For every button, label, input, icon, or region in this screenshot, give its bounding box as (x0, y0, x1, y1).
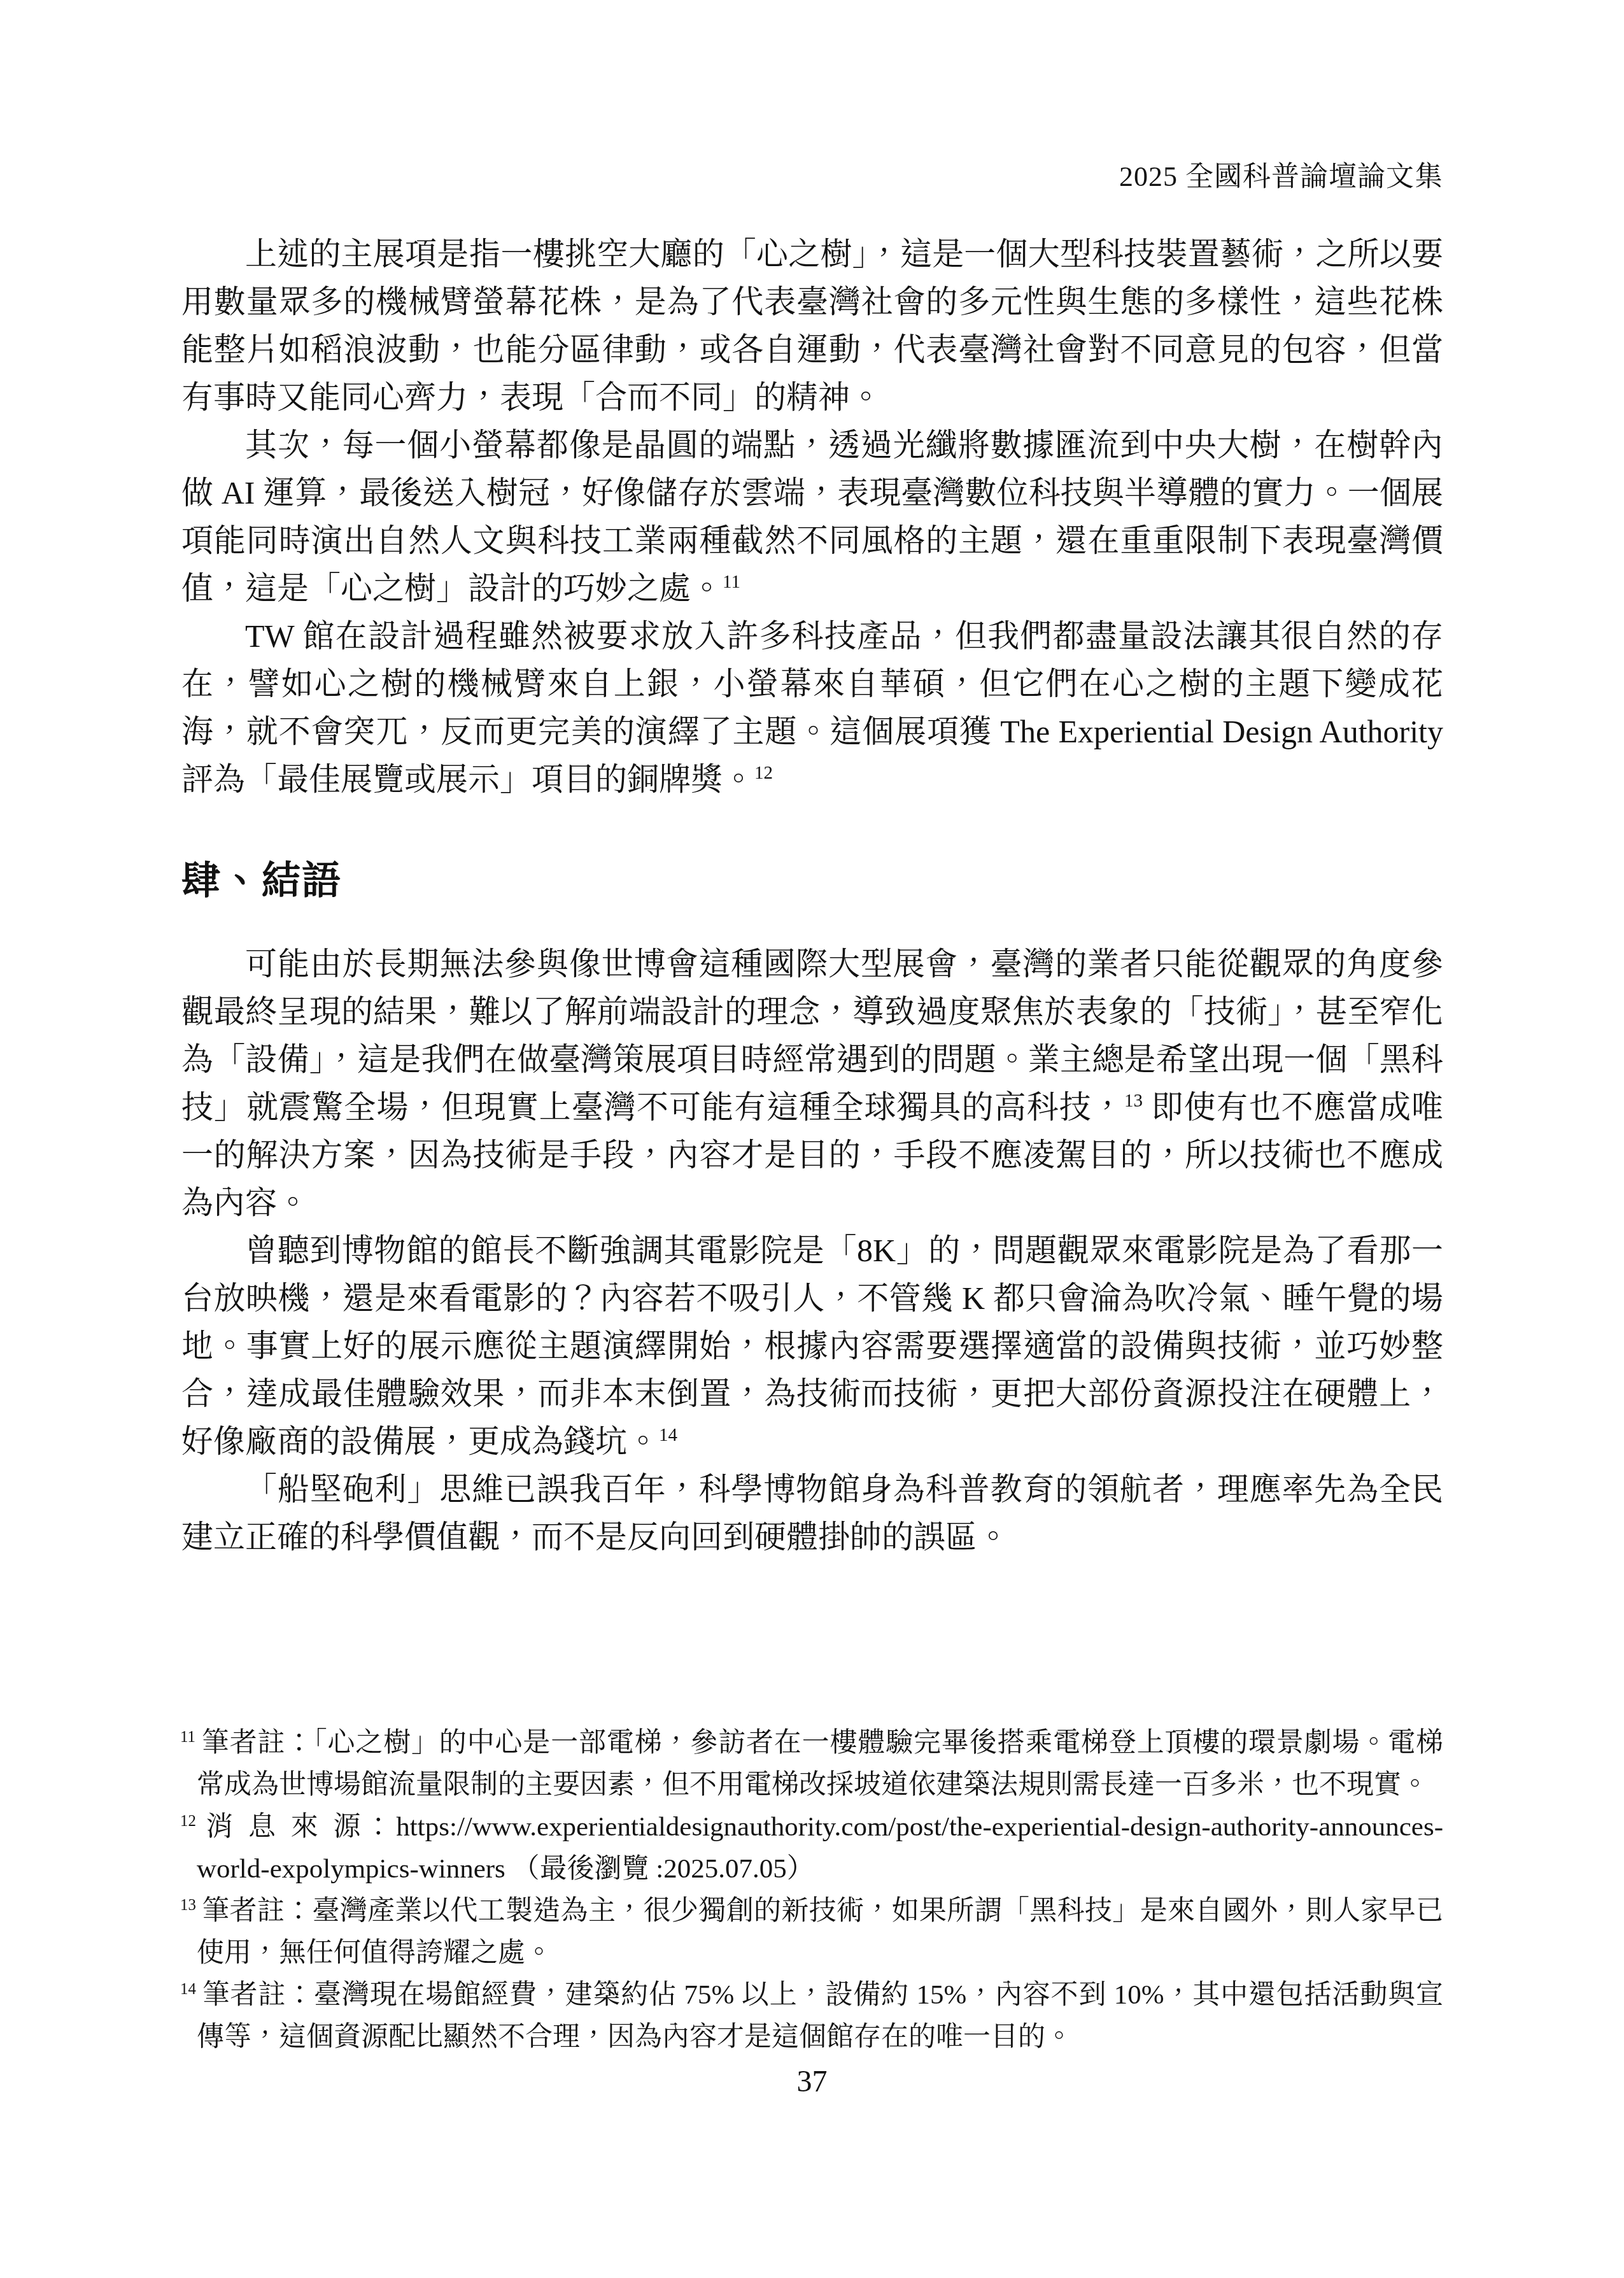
paragraph-2: 其次，每一個小螢幕都像是晶圓的端點，透過光纖將數據匯流到中央大樹，在樹幹內做 A… (181, 421, 1443, 612)
article-body: 上述的主展項是指一樓挑空大廳的「心之樹」，這是一個大型科技裝置藝術，之所以要用數… (181, 230, 1443, 1561)
footnote-13: 13筆者註：臺灣產業以代工製造為主，很少獨創的新技術，如果所謂「黑科技」是來自國… (180, 1890, 1443, 1974)
paragraph-1-text: 上述的主展項是指一樓挑空大廳的「心之樹」，這是一個大型科技裝置藝術，之所以要用數… (181, 236, 1443, 415)
footnote-14-number: 14 (180, 1981, 196, 1998)
footnote-12-text: 消 息 來 源：https://www.experientialdesignau… (197, 1812, 1443, 1884)
footnote-13-number: 13 (180, 1897, 196, 1914)
paragraph-6-text: 「船堅砲利」思維已誤我百年，科學博物館身為科普教育的領航者，理應率先為全民建立正… (181, 1471, 1443, 1555)
footnote-11: 11筆者註：「心之樹」的中心是一部電梯，參訪者在一樓體驗完畢後搭乘電梯登上頂樓的… (180, 1722, 1443, 1806)
paragraph-5-text: 曾聽到博物館的館長不斷強調其電影院是「8K」的，問題觀眾來電影院是為了看那一台放… (181, 1233, 1443, 1459)
footnote-ref-12: 12 (754, 763, 773, 783)
footnote-14: 14筆者註：臺灣現在場館經費，建築約佔 75% 以上，設備約 15%，內容不到 … (180, 1974, 1443, 2058)
footnote-ref-11: 11 (723, 572, 740, 592)
paragraph-4: 可能由於長期無法參與像世博會這種國際大型展會，臺灣的業者只能從觀眾的角度參觀最終… (181, 940, 1443, 1227)
footnote-11-text: 筆者註：「心之樹」的中心是一部電梯，參訪者在一樓體驗完畢後搭乘電梯登上頂樓的環景… (197, 1728, 1443, 1800)
footnote-12-number: 12 (180, 1813, 196, 1830)
footnote-13-text: 筆者註：臺灣產業以代工製造為主，很少獨創的新技術，如果所謂「黑科技」是來自國外，… (197, 1896, 1443, 1968)
document-page: 2025 全國科普論壇論文集 上述的主展項是指一樓挑空大廳的「心之樹」，這是一個… (0, 0, 1624, 2278)
footnote-14-text: 筆者註：臺灣現在場館經費，建築約佔 75% 以上，設備約 15%，內容不到 10… (197, 1980, 1443, 2052)
section-heading-conclusion: 肆、結語 (181, 851, 1443, 912)
footnote-ref-13: 13 (1124, 1091, 1143, 1111)
footnote-11-number: 11 (180, 1729, 195, 1746)
footnotes-section: 11筆者註：「心之樹」的中心是一部電梯，參訪者在一樓體驗完畢後搭乘電梯登上頂樓的… (180, 1722, 1443, 2058)
paragraph-3-text: TW 館在設計過程雖然被要求放入許多科技產品，但我們都盡量設法讓其很自然的存在，… (181, 618, 1443, 797)
footnote-ref-14: 14 (659, 1425, 677, 1445)
footnote-12: 12消 息 來 源：https://www.experientialdesign… (180, 1806, 1443, 1890)
paragraph-2-text: 其次，每一個小螢幕都像是晶圓的端點，透過光纖將數據匯流到中央大樹，在樹幹內做 A… (181, 427, 1443, 606)
journal-header: 2025 全國科普論壇論文集 (181, 160, 1443, 194)
paragraph-5: 曾聽到博物館的館長不斷強調其電影院是「8K」的，問題觀眾來電影院是為了看那一台放… (181, 1227, 1443, 1466)
page-number: 37 (0, 2063, 1624, 2101)
paragraph-1: 上述的主展項是指一樓挑空大廳的「心之樹」，這是一個大型科技裝置藝術，之所以要用數… (181, 230, 1443, 421)
paragraph-6: 「船堅砲利」思維已誤我百年，科學博物館身為科普教育的領航者，理應率先為全民建立正… (181, 1466, 1443, 1561)
paragraph-3: TW 館在設計過程雖然被要求放入許多科技產品，但我們都盡量設法讓其很自然的存在，… (181, 612, 1443, 803)
